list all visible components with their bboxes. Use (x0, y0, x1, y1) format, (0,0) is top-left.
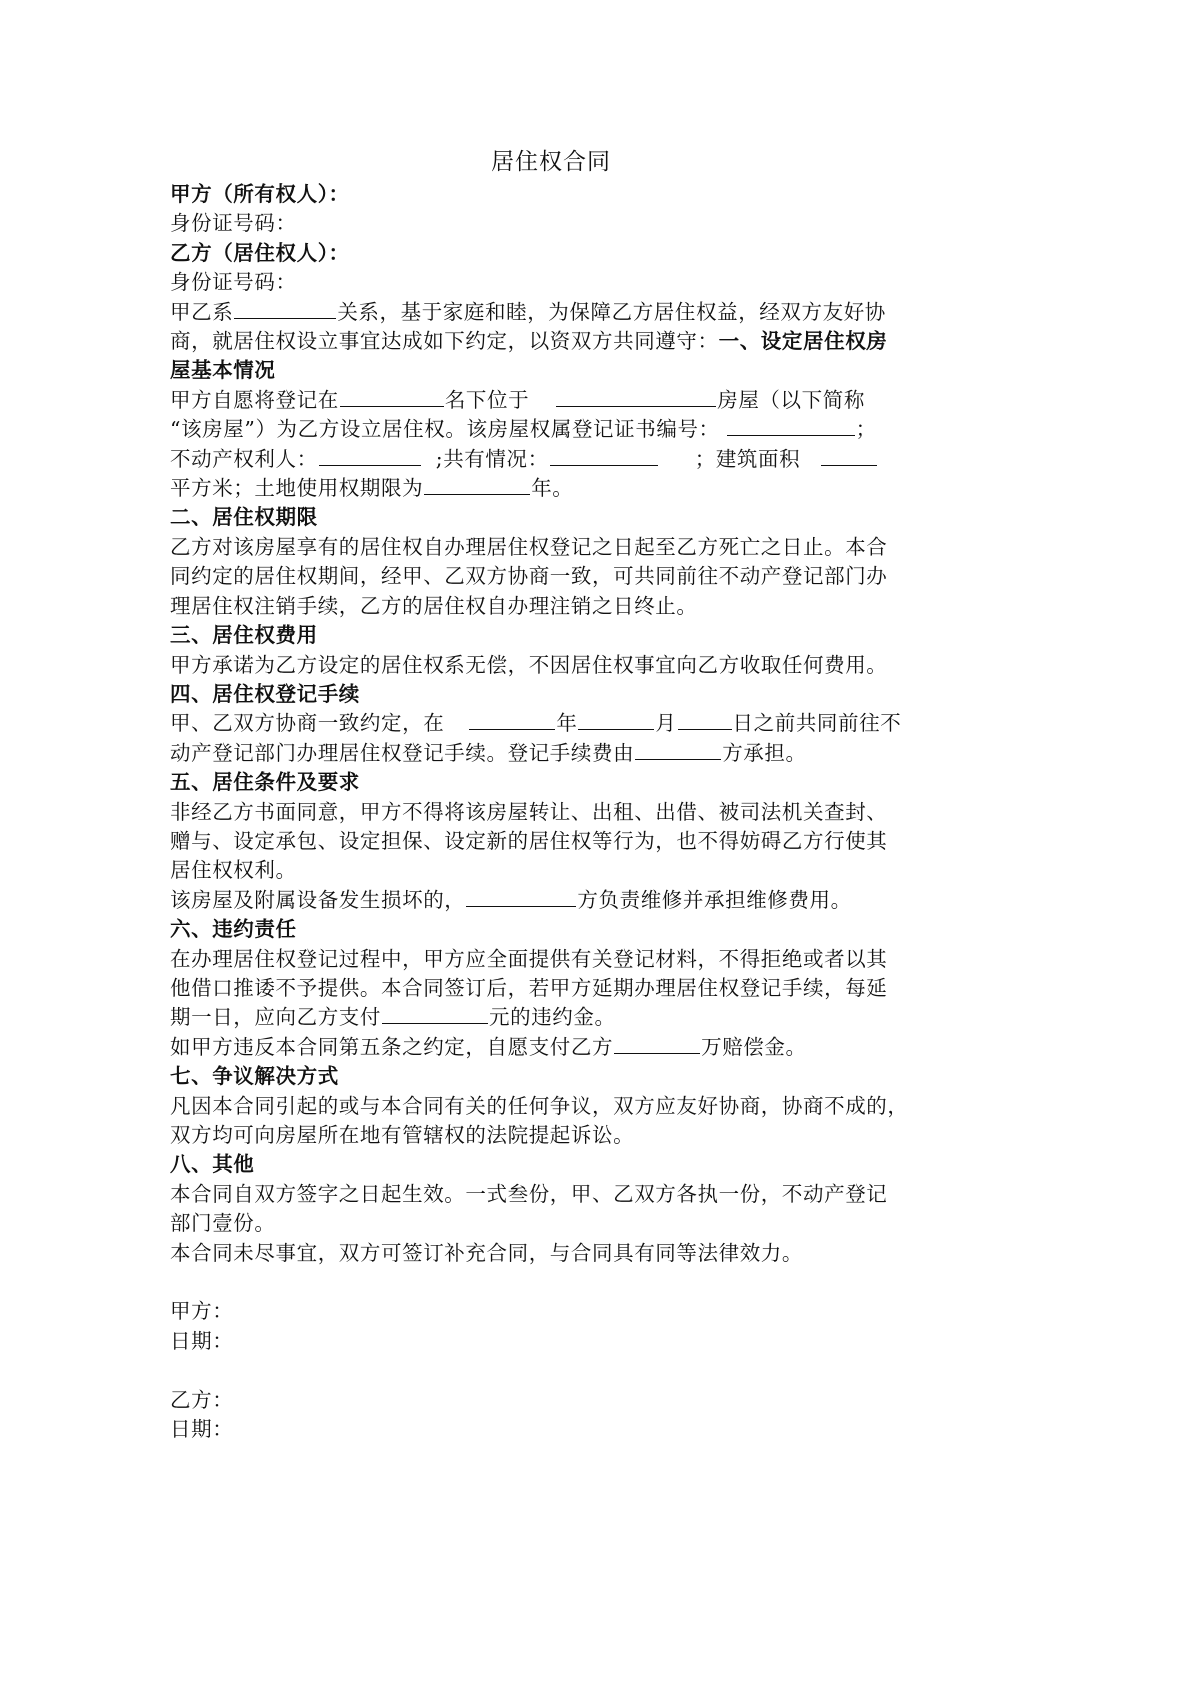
text: 年 (556, 711, 577, 735)
section-1-line-3: 不动产权利人：;共有情况：；建筑面积 (170, 445, 932, 474)
text: 期一日，应向乙方支付 (170, 1005, 381, 1029)
section-8-line: 本合同自双方签字之日起生效。一式叁份，甲、乙双方各执一份，不动产登记 (170, 1180, 932, 1209)
section-8-line: 部门壹份。 (170, 1209, 932, 1238)
signature-party-b: 乙方： (170, 1386, 932, 1415)
text: 该房屋及附属设备发生损坏的， (170, 888, 465, 912)
day-blank[interactable] (678, 709, 732, 730)
section-4-heading: 四、居住权登记手续 (170, 680, 932, 709)
section-3-line: 甲方承诺为乙方设定的居住权系无偿，不因居住权事宜向乙方收取任何费用。 (170, 651, 932, 680)
co-ownership-blank[interactable] (550, 445, 658, 466)
section-5-heading: 五、居住条件及要求 (170, 768, 932, 797)
section-3-heading: 三、居住权费用 (170, 621, 932, 650)
section-6-heading: 六、违约责任 (170, 915, 932, 944)
signature-date-b: 日期： (170, 1415, 932, 1444)
text: 名下位于 (445, 388, 529, 412)
year-blank[interactable] (469, 709, 555, 730)
text: ；建筑面积 (695, 447, 801, 471)
certificate-number-blank[interactable] (727, 415, 855, 436)
section-2-line: 理居住权注销手续，乙方的居住权自办理注销之日终止。 (170, 592, 932, 621)
section-7-line: 凡因本合同引起的或与本合同有关的任何争议，双方应友好协商，协商不成的， (170, 1092, 932, 1121)
preamble-line-1: 甲乙系关系，基于家庭和睦，为保障乙方居住权益，经双方友好协 (170, 298, 932, 327)
preamble-line-2: 商，就居住权设立事宜达成如下约定，以资双方共同遵守：一、设定居住权房 (170, 327, 932, 356)
text: 房屋（以下简称 (717, 388, 865, 412)
party-a-id-label: 身份证号码： (170, 209, 932, 238)
text: ;共有情况： (436, 447, 549, 471)
section-2-line: 同约定的居住权期间，经甲、乙双方协商一致，可共同前往不动产登记部门办 (170, 562, 932, 591)
section-7-line: 双方均可向房屋所在地有管辖权的法院提起诉讼。 (170, 1121, 932, 1150)
text: 动产登记部门办理居住权登记手续。登记手续费由 (170, 741, 634, 765)
text: 如甲方违反本合同第五条之约定，自愿支付乙方 (170, 1035, 613, 1059)
text: ； (856, 417, 877, 441)
section-8-line: 本合同未尽事宜，双方可签订补充合同，与合同具有同等法律效力。 (170, 1239, 932, 1268)
preamble-text: 甲乙系 (170, 300, 233, 324)
text: 甲方自愿将登记在 (170, 388, 339, 412)
text: 元的违约金。 (489, 1005, 616, 1029)
text: 方负责维修并承担维修费用。 (577, 888, 851, 912)
section-6-line: 在办理居住权登记过程中，甲方应全面提供有关登记材料，不得拒绝或者以其 (170, 945, 932, 974)
section-1-heading-cont: 屋基本情况 (170, 356, 932, 385)
text: 月 (655, 711, 676, 735)
party-a-label: 甲方（所有权人）： (170, 180, 932, 209)
section-2-line: 乙方对该房屋享有的居住权自办理居住权登记之日起至乙方死亡之日止。本合 (170, 533, 932, 562)
preamble-text: 商，就居住权设立事宜达成如下约定，以资双方共同遵守： (170, 329, 719, 353)
text: 万赔偿金。 (701, 1035, 807, 1059)
compensation-blank[interactable] (614, 1033, 700, 1054)
section-4-line-1: 甲、乙双方协商一致约定，在年月日之前共同前往不 (170, 709, 932, 738)
section-7-heading: 七、争议解决方式 (170, 1062, 932, 1091)
section-5-line: 赠与、设定承包、设定担保、设定新的居住权等行为，也不得妨碍乙方行使其 (170, 827, 932, 856)
section-6-line-4: 如甲方违反本合同第五条之约定，自愿支付乙方万赔偿金。 (170, 1033, 932, 1062)
section-1-line-4: 平方米；土地使用权期限为年。 (170, 474, 932, 503)
text: 平方米；土地使用权期限为 (170, 476, 423, 500)
text: 日之前共同前往不 (733, 711, 902, 735)
contract-document: 居住权合同 甲方（所有权人）： 身份证号码： 乙方（居住权人）： 身份证号码： … (170, 144, 932, 1444)
party-b-label: 乙方（居住权人）： (170, 239, 932, 268)
text: 年。 (531, 476, 573, 500)
section-5-line: 非经乙方书面同意，甲方不得将该房屋转让、出租、出借、被司法机关查封、 (170, 798, 932, 827)
section-6-line: 他借口推诿不予提供。本合同签订后，若甲方延期办理居住权登记手续，每延 (170, 974, 932, 1003)
text: 方承担。 (722, 741, 806, 765)
section-1-heading: 一、设定居住权房 (719, 329, 888, 353)
section-5-line: 居住权权利。 (170, 856, 932, 885)
signature-date-a: 日期： (170, 1327, 932, 1356)
section-4-line-2: 动产登记部门办理居住权登记手续。登记手续费由方承担。 (170, 739, 932, 768)
signature-party-a: 甲方： (170, 1297, 932, 1326)
section-1-line-2: “该房屋”）为乙方设立居住权。该房屋权属登记证书编号：； (170, 415, 932, 444)
section-2-heading: 二、居住权期限 (170, 503, 932, 532)
month-blank[interactable] (578, 709, 654, 730)
registrant-blank[interactable] (340, 386, 444, 407)
party-b-id-label: 身份证号码： (170, 268, 932, 297)
location-blank[interactable] (556, 386, 716, 407)
area-blank[interactable] (821, 445, 877, 466)
fee-payer-blank[interactable] (635, 739, 721, 760)
document-title: 居住权合同 (170, 144, 932, 180)
section-1-line-1: 甲方自愿将登记在名下位于房屋（以下简称 (170, 386, 932, 415)
rights-holder-blank[interactable] (319, 445, 421, 466)
section-5-line-4: 该房屋及附属设备发生损坏的，方负责维修并承担维修费用。 (170, 886, 932, 915)
repair-party-blank[interactable] (466, 886, 576, 907)
land-term-blank[interactable] (424, 474, 530, 495)
relationship-blank[interactable] (234, 298, 336, 319)
text: “该房屋”）为乙方设立居住权。该房屋权属登记证书编号： (170, 417, 720, 441)
text: 甲、乙双方协商一致约定，在 (170, 711, 444, 735)
preamble-text: 关系，基于家庭和睦，为保障乙方居住权益，经双方友好协 (337, 300, 886, 324)
section-8-heading: 八、其他 (170, 1150, 932, 1179)
text: 不动产权利人： (170, 447, 318, 471)
penalty-amount-blank[interactable] (382, 1003, 488, 1024)
section-6-line-3: 期一日，应向乙方支付元的违约金。 (170, 1003, 932, 1032)
